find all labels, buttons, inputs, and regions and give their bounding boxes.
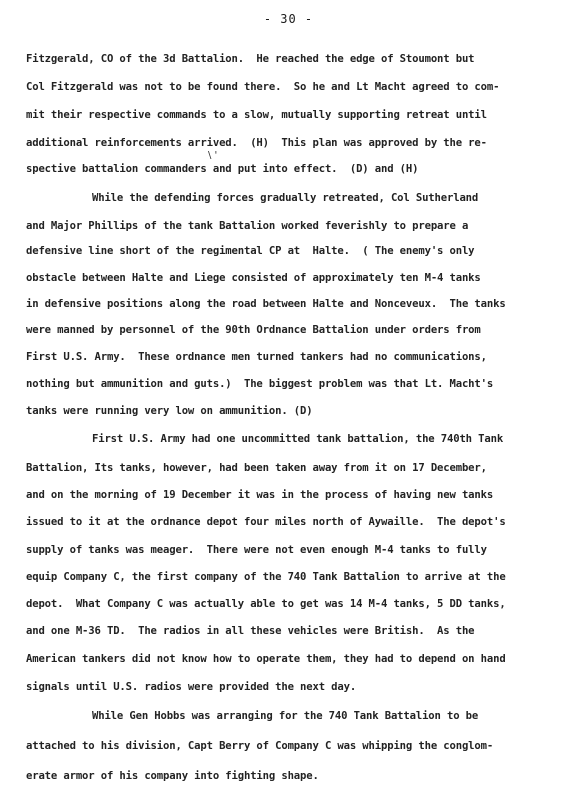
- text-line: While the defending forces gradually ret…: [92, 192, 478, 204]
- text-line: signals until U.S. radios were provided …: [26, 681, 356, 693]
- page-number: - 30 -: [0, 12, 577, 26]
- text-line: erate armor of his company into fighting…: [26, 770, 319, 782]
- text-line: depot. What Company C was actually able …: [26, 598, 506, 610]
- text-line: While Gen Hobbs was arranging for the 74…: [92, 710, 478, 722]
- text-line: Battalion, Its tanks, however, had been …: [26, 462, 487, 474]
- text-line: mit their respective commands to a slow,…: [26, 109, 487, 121]
- handwritten-mark: \ ': [208, 150, 217, 161]
- text-line: First U.S. Army. These ordnance men turn…: [26, 351, 487, 363]
- text-line: American tankers did not know how to ope…: [26, 653, 506, 665]
- text-line: Col Fitzgerald was not to be found there…: [26, 81, 499, 93]
- text-line: defensive line short of the regimental C…: [26, 245, 474, 257]
- text-line: and one M-36 TD. The radios in all these…: [26, 625, 474, 637]
- text-line: tanks were running very low on ammunitio…: [26, 405, 313, 417]
- text-line: and on the morning of 19 December it was…: [26, 489, 493, 501]
- text-line: Fitzgerald, CO of the 3d Battalion. He r…: [26, 53, 474, 65]
- text-line: supply of tanks was meager. There were n…: [26, 544, 487, 556]
- text-line: equip Company C, the first company of th…: [26, 571, 506, 583]
- text-line: spective battalion commanders and put in…: [26, 163, 418, 175]
- text-line: and Major Phillips of the tank Battalion…: [26, 220, 468, 232]
- text-line: nothing but ammunition and guts.) The bi…: [26, 378, 493, 390]
- text-line: were manned by personnel of the 90th Ord…: [26, 324, 481, 336]
- text-line: issued to it at the ordnance depot four …: [26, 516, 506, 528]
- document-page: - 30 - Fitzgerald, CO of the 3d Battalio…: [0, 0, 577, 800]
- text-line: First U.S. Army had one uncommitted tank…: [92, 433, 503, 445]
- text-line: additional reinforcements arrived. (H) T…: [26, 137, 487, 149]
- text-line: in defensive positions along the road be…: [26, 298, 506, 310]
- text-line: attached to his division, Capt Berry of …: [26, 740, 493, 752]
- text-line: obstacle between Halte and Liege consist…: [26, 272, 481, 284]
